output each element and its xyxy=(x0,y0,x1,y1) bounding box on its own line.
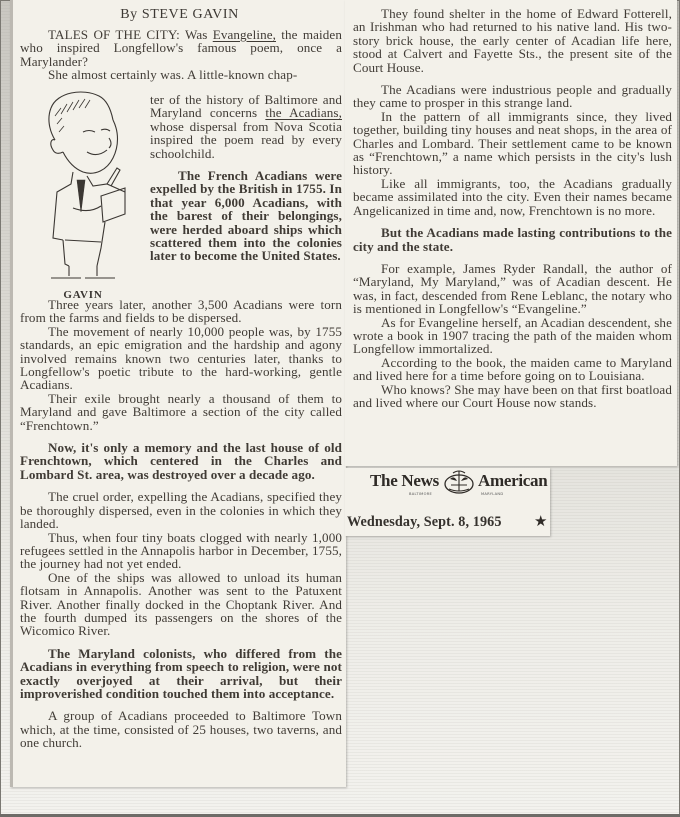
left-column-body: Three years later, another 3,500 Acadian… xyxy=(20,298,342,750)
acadians-paragraph: ter of the history of Baltimore and Mary… xyxy=(150,93,342,160)
publication-date: Wednesday, Sept. 8, 1965 xyxy=(347,514,502,531)
article-paragraph: One of the ships was allowed to unload i… xyxy=(20,571,342,638)
article-clipping-left: By STEVE GAVIN TALES OF THE CITY: Was Ev… xyxy=(10,0,346,787)
article-paragraph: In the pattern of all immigrants since, … xyxy=(353,110,672,177)
article-paragraph: The movement of nearly 10,000 people was… xyxy=(20,325,342,392)
article-paragraph: According to the book, the maiden came t… xyxy=(353,356,672,383)
intro-paragraph: TALES OF THE CITY: Was Evangeline, the m… xyxy=(20,28,342,68)
article-paragraph: They found shelter in the home of Edward… xyxy=(353,7,672,74)
article-paragraph: Their exile brought nearly a thousand of… xyxy=(20,392,342,432)
right-column-body: They found shelter in the home of Edward… xyxy=(353,7,672,409)
article-paragraph: Now, it's only a memory and the last hou… xyxy=(20,441,342,481)
article-paragraph: For example, James Ryder Randall, the au… xyxy=(353,262,672,316)
ship-emblem-icon xyxy=(443,469,475,495)
french-acadians-paragraph: The French Acadians were expelled by the… xyxy=(150,169,342,263)
article-paragraph: Who knows? She may have been on that fir… xyxy=(353,383,672,410)
article-paragraph: As for Evangeline herself, an Acadian de… xyxy=(353,316,672,356)
article-paragraph: Thus, when four tiny boats clogged with … xyxy=(20,531,342,571)
article-clipping-right: They found shelter in the home of Edward… xyxy=(345,0,677,466)
article-paragraph: The Acadians were industrious people and… xyxy=(353,83,672,110)
star-icon: ★ xyxy=(534,512,547,530)
article-paragraph: A group of Acadians proceeded to Baltimo… xyxy=(20,709,342,749)
masthead-name-right: American xyxy=(478,471,547,491)
wrapped-text: ter of the history of Baltimore and Mary… xyxy=(150,93,342,263)
caricature-illustration-icon xyxy=(21,88,143,288)
article-paragraph: The Maryland colonists, who differed fro… xyxy=(20,647,342,701)
byline: By STEVE GAVIN xyxy=(13,7,346,23)
masthead-state: MARYLAND xyxy=(481,492,503,496)
newspaper-masthead: The News American BALTIMORE MARYLAND Wed… xyxy=(345,468,550,536)
article-paragraph: The cruel order, expelling the Acadians,… xyxy=(20,490,342,530)
article-paragraph: But the Acadians made lasting contributi… xyxy=(353,226,672,253)
masthead-city: BALTIMORE xyxy=(409,492,432,496)
article-paragraph: Three years later, another 3,500 Acadian… xyxy=(20,298,342,325)
masthead-name-left: The News xyxy=(370,471,439,491)
paragraph-lead-in: She almost certainly was. A little-known… xyxy=(20,68,342,81)
article-paragraph: Like all immigrants, too, the Acadians g… xyxy=(353,177,672,217)
intro-text: TALES OF THE CITY: Was Evangeline, the m… xyxy=(20,28,342,82)
